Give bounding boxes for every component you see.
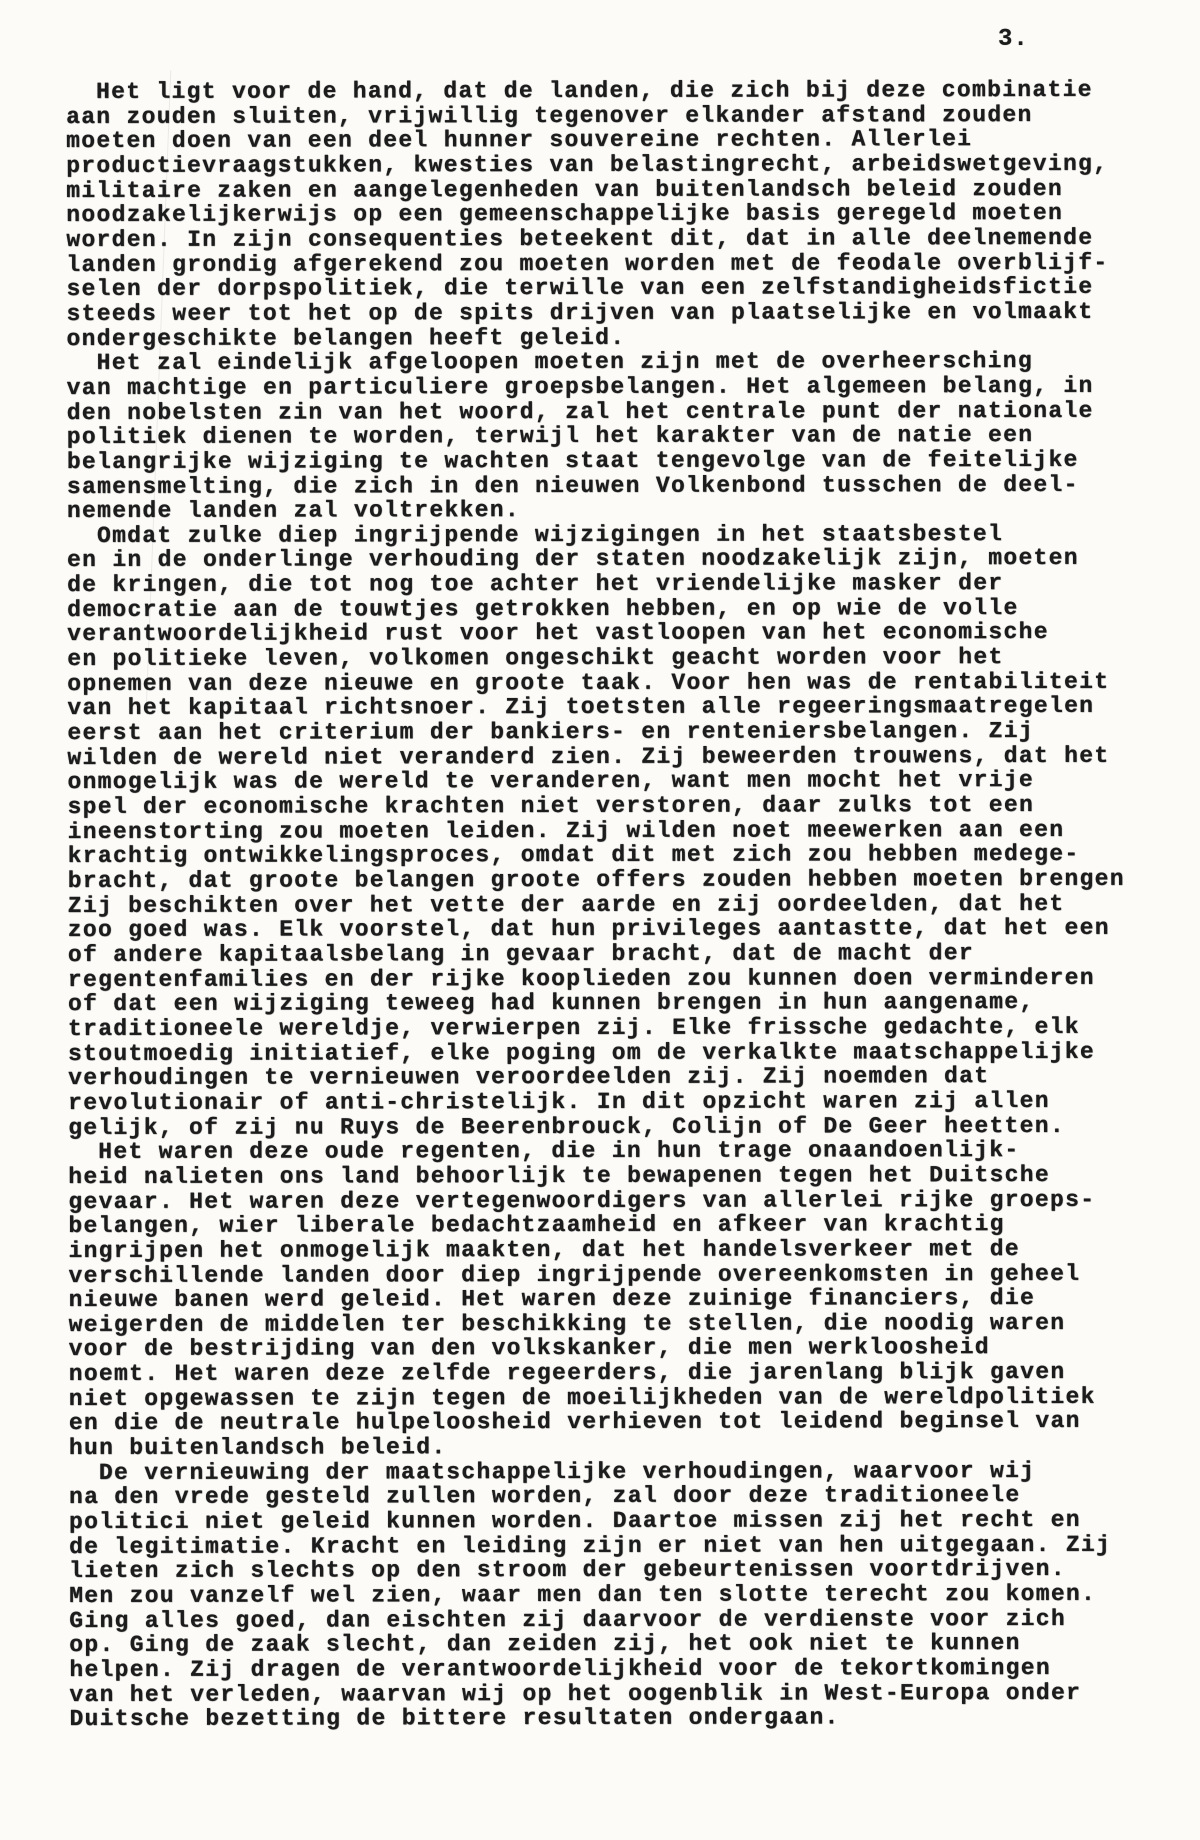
paragraph-4: Het waren deze oude regenten, die in hun… — [68, 1138, 1151, 1461]
paragraph-2: Het zal eindelijk afgeloopen moeten zijn… — [67, 349, 1149, 524]
paragraph-5: De vernieuwing der maatschappelijke verh… — [69, 1458, 1152, 1731]
page-number: 3. — [998, 26, 1029, 53]
paragraph-1: Het ligt voor de hand, dat de landen, di… — [66, 78, 1149, 351]
paragraph-3: Omdat zulke diep ingrijpende wijzigingen… — [67, 522, 1150, 1141]
document-body: Het ligt voor de hand, dat de landen, di… — [66, 78, 1151, 1732]
document-page: 3. Het ligt voor de hand, dat de landen,… — [0, 0, 1200, 1840]
